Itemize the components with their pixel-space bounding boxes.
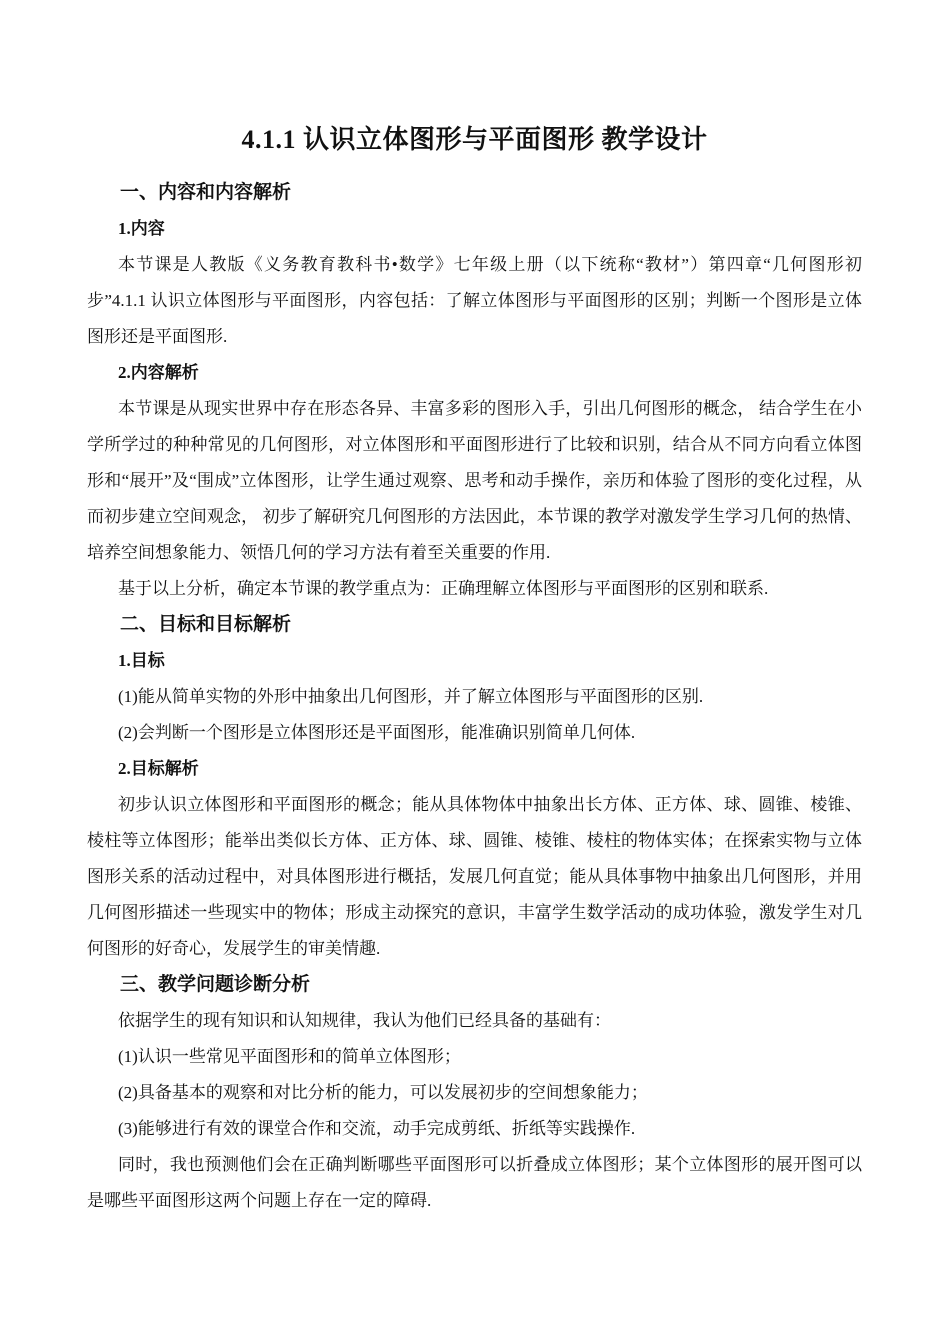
section-heading: 二、目标和目标解析 <box>87 607 862 643</box>
section-heading: 三、教学问题诊断分析 <box>87 967 862 1003</box>
section-heading: 一、内容和内容解析 <box>87 175 862 211</box>
paragraph: (1)认识一些常见平面图形和的简单立体图形； <box>87 1039 862 1075</box>
subsection-heading: 2.内容解析 <box>87 355 862 391</box>
document-body: 一、内容和内容解析1.内容本节课是人教版《义务教育教科书•数学》七年级上册（以下… <box>87 175 862 1219</box>
subsection-heading: 2.目标解析 <box>87 751 862 787</box>
paragraph: (2)具备基本的观察和对比分析的能力，可以发展初步的空间想象能力； <box>87 1075 862 1111</box>
paragraph: 基于以上分析，确定本节课的教学重点为：正确理解立体图形与平面图形的区别和联系. <box>87 571 862 607</box>
subsection-heading: 1.内容 <box>87 211 862 247</box>
document-page: 4.1.1 认识立体图形与平面图形 教学设计 一、内容和内容解析1.内容本节课是… <box>0 0 950 1344</box>
paragraph: (1)能从简单实物的外形中抽象出几何图形，并了解立体图形与平面图形的区别. <box>87 679 862 715</box>
paragraph: (3)能够进行有效的课堂合作和交流，动手完成剪纸、折纸等实践操作. <box>87 1111 862 1147</box>
paragraph: (2)会判断一个图形是立体图形还是平面图形，能准确识别简单几何体. <box>87 715 862 751</box>
paragraph: 本节课是人教版《义务教育教科书•数学》七年级上册（以下统称“教材”）第四章“几何… <box>87 247 862 355</box>
paragraph: 依据学生的现有知识和认知规律，我认为他们已经具备的基础有： <box>87 1003 862 1039</box>
paragraph: 同时，我也预测他们会在正确判断哪些平面图形可以折叠成立体图形；某个立体图形的展开… <box>87 1147 862 1219</box>
subsection-heading: 1.目标 <box>87 643 862 679</box>
paragraph: 初步认识立体图形和平面图形的概念；能从具体物体中抽象出长方体、正方体、球、圆锥、… <box>87 787 862 967</box>
paragraph: 本节课是从现实世界中存在形态各异、丰富多彩的图形入手，引出几何图形的概念， 结合… <box>87 391 862 571</box>
document-title: 4.1.1 认识立体图形与平面图形 教学设计 <box>87 121 862 159</box>
